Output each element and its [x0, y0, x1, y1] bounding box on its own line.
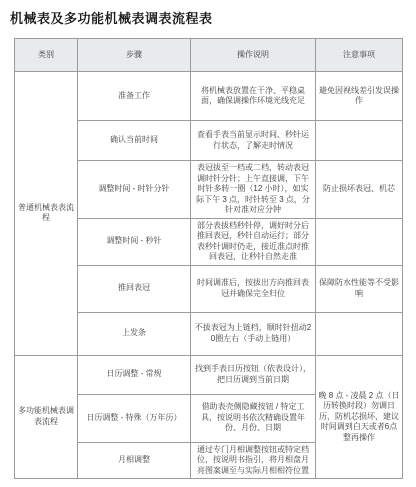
note-cell — [316, 218, 403, 265]
step-cell: 日历调整 - 特殊（万年历） — [78, 394, 191, 442]
note-cell: 避免因视线差引发误操作 — [316, 72, 403, 121]
note-cell: 保障防水性能等不受影响 — [316, 265, 403, 312]
note-cell — [316, 312, 403, 355]
table-header-row: 类别 步骤 操作说明 注意事项 — [15, 39, 403, 72]
step-cell: 调整时间 - 时针分针 — [78, 161, 191, 219]
step-cell: 准备工作 — [78, 72, 191, 121]
header-cell-category: 类别 — [15, 39, 78, 72]
header-cell-step: 步骤 — [78, 39, 191, 72]
step-cell: 日历调整 - 常规 — [78, 355, 191, 394]
note-cell — [316, 121, 403, 161]
operation-cell: 将机械表放置在干净、平稳桌面，确保调操作环境光线充足 — [191, 72, 316, 121]
step-cell: 推回表冠 — [78, 265, 191, 312]
page-title: 机械表及多功能机械表调表流程表 — [10, 8, 416, 27]
note-cell: 防止损坏表冠、机芯 — [316, 161, 403, 219]
step-cell: 月相调整 — [78, 442, 191, 479]
watch-adjustment-table: 类别 步骤 操作说明 注意事项 普通机械表表流程 准备工作 将机械表放置在干净、… — [14, 38, 403, 479]
operation-cell: 部分表拔档秒针停，调好时分后推回表冠，秒针自动运行；部分表秒针调时仍走，接近准点… — [191, 218, 316, 265]
note-cell-merged: 晚 8 点 - 凌晨 2 点（日历转换时段）勿调日历，防机芯损坏，建议时间调到白… — [316, 355, 403, 479]
table-row: 多功能机械表调表流程 日历调整 - 常规 找到手表日历按钮（依表设计），把日历调… — [15, 355, 403, 394]
operation-cell: 通过专门月相调整按钮或特定档位，按说明书指引，将月相盘月亮图案调至与实际月相相符… — [191, 442, 316, 479]
operation-cell: 借助表壳侧隐藏按钮 / 特定工具，按说明书依次精确设置年份、月份、日期 — [191, 394, 316, 442]
operation-cell: 查看手表当前显示时间、秒针运行状态，了解走时情况 — [191, 121, 316, 161]
operation-cell: 找到手表日历按钮（依表设计），把日历调到当前日期 — [191, 355, 316, 394]
operation-cell: 表冠拔至一档或二档，转动表冠调时针分针；上午直接调，下午时针多转一圈（12 小时… — [191, 161, 316, 219]
table-row: 普通机械表表流程 准备工作 将机械表放置在干净、平稳桌面，确保调操作环境光线充足… — [15, 72, 403, 121]
step-cell: 调整时间 - 秒针 — [78, 218, 191, 265]
step-cell: 确认当前时间 — [78, 121, 191, 161]
document-page: 机械表及多功能机械表调表流程表 类别 步骤 操作说明 注意事项 普通机械表表流程… — [0, 0, 416, 487]
operation-cell: 不拔表冠为上链档，顺时针扭动20圈左右（手动上链用） — [191, 312, 316, 355]
operation-cell: 时间调准后，按拔出方向推回表冠并确保完全归位 — [191, 265, 316, 312]
header-cell-operation: 操作说明 — [191, 39, 316, 72]
category-cell-multifunction: 多功能机械表调表流程 — [15, 355, 78, 479]
category-cell-ordinary: 普通机械表表流程 — [15, 72, 78, 356]
step-cell: 上发条 — [78, 312, 191, 355]
header-cell-notes: 注意事项 — [316, 39, 403, 72]
